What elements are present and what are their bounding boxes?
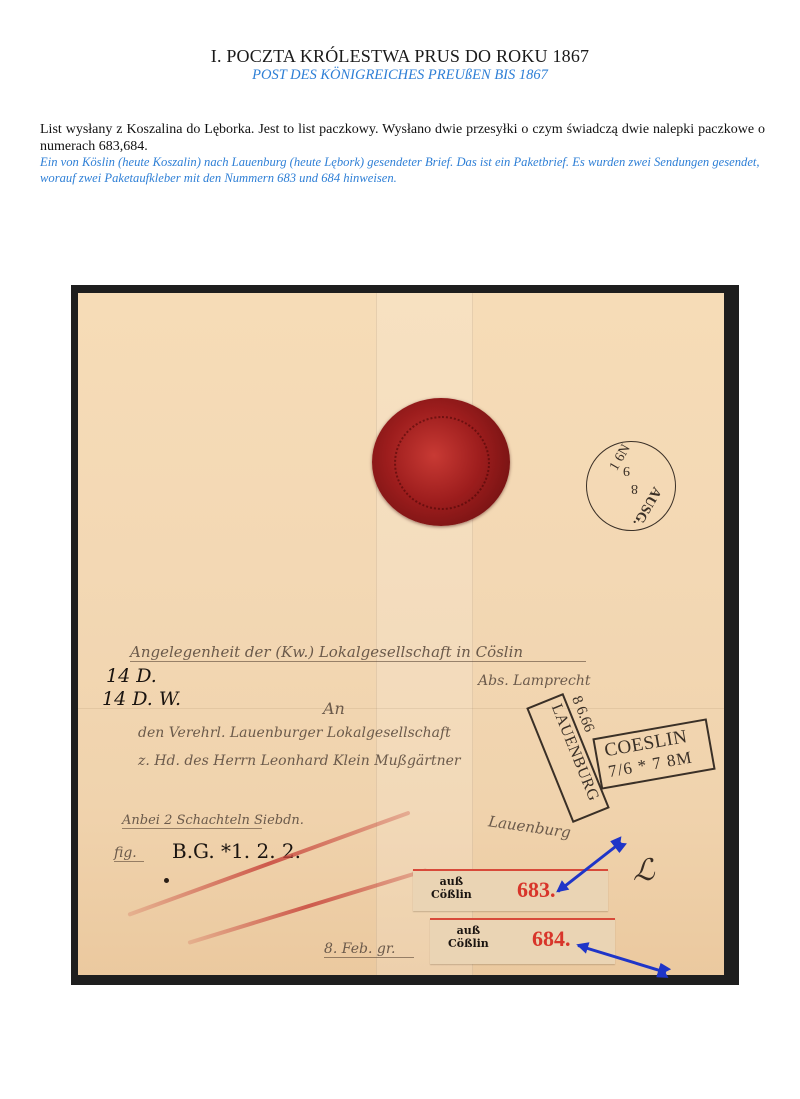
label-number: 683. bbox=[517, 877, 556, 903]
letter-paper: 1 6N 9 8 AUSG. Angelegenheit der (Kw.) L… bbox=[78, 293, 724, 975]
manuscript-address-2: z. Hd. des Herrn Leonhard Klein Mußgärtn… bbox=[138, 753, 461, 769]
manuscript-ref-1: 14 D. bbox=[106, 665, 157, 687]
ink-dot bbox=[164, 878, 169, 883]
label-number: 684. bbox=[532, 926, 571, 952]
manuscript-date-note: 8. Feb. gr. bbox=[324, 941, 414, 958]
coeslin-box-stamp: COESLIN 7/6 * 7 8M bbox=[592, 718, 715, 789]
description-polish: List wysłany z Koszalina do Lęborka. Jes… bbox=[40, 121, 765, 155]
label-coeslin: Cößlin bbox=[448, 937, 489, 950]
manuscript-fig: fig. bbox=[114, 845, 144, 862]
label-origin: auß Cößlin bbox=[431, 875, 472, 901]
label-origin: auß Cößlin bbox=[448, 924, 489, 950]
wax-seal bbox=[372, 398, 510, 526]
label-aus: auß bbox=[448, 924, 489, 937]
letter-scan: 1 6N 9 8 AUSG. Angelegenheit der (Kw.) L… bbox=[71, 285, 739, 985]
wax-seal-ring bbox=[394, 416, 490, 510]
manuscript-header-line: Angelegenheit der (Kw.) Lokalgesellschaf… bbox=[130, 643, 586, 662]
postmark-line2: 9 bbox=[623, 462, 630, 478]
manuscript-address-1: den Verehrl. Lauenburger Lokalgesellscha… bbox=[138, 725, 451, 741]
manuscript-ref-2: 14 D. W. bbox=[102, 688, 181, 710]
postmark-line3: 8 bbox=[631, 480, 638, 496]
page-title: I. POCZTA KRÓLESTWA PRUS DO ROKU 1867 bbox=[0, 46, 800, 67]
postmark-line1: 1 6N bbox=[607, 442, 635, 474]
description-german: Ein von Köslin (heute Koszalin) nach Lau… bbox=[40, 154, 780, 186]
manuscript-an: An bbox=[323, 699, 345, 718]
manuscript-signature: ℒ bbox=[633, 853, 655, 888]
manuscript-destination: Lauenburg bbox=[487, 812, 572, 841]
circle-postmark-ausg: 1 6N 9 8 AUSG. bbox=[586, 441, 676, 531]
label-coeslin: Cößlin bbox=[431, 888, 472, 901]
manuscript-sender-note: Abs. Lamprecht bbox=[478, 673, 591, 689]
manuscript-contents: Anbei 2 Schachteln Siebdn. bbox=[122, 813, 262, 829]
label-aus: auß bbox=[431, 875, 472, 888]
page-subtitle-german: POST DES KÖNIGREICHES PREUßEN BIS 1867 bbox=[0, 67, 800, 84]
